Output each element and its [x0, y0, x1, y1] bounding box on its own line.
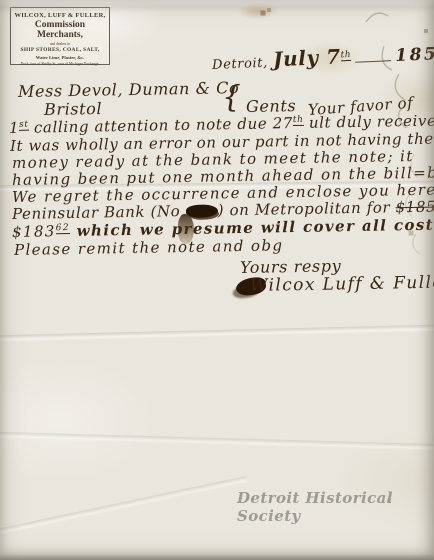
body-line-1-num: 1 [9, 119, 19, 137]
watermark: Detroit Historical Society [237, 489, 434, 525]
recipient-line: Mess Devol, Duman & Co [18, 78, 240, 101]
paper-bottom-edge [0, 554, 434, 560]
letterhead-goods-line-2: Water Lime, Plaster, &c. [11, 55, 109, 60]
signature: Wilcox Luff & Fuller [250, 272, 434, 296]
salutation: Gents [246, 96, 297, 116]
ink-blot-redacted-number [186, 204, 218, 218]
fold-crease [0, 324, 434, 342]
body-line-8: Please remit the note and obg [14, 236, 284, 259]
body-line-1-sup: st [19, 120, 29, 131]
letterhead-goods-line: SHIP STORES, COAL, SALT, [11, 47, 109, 53]
date-month-day: July 7 [272, 44, 341, 71]
letterhead-dealers-line: and dealers in [11, 42, 109, 46]
recipient-city: Bristol [44, 99, 102, 119]
date-day-suffix: th [340, 50, 351, 61]
date-year: 1857 [395, 44, 434, 66]
body-line-1-sup-2: th [293, 115, 304, 126]
pen-flourish [355, 50, 391, 63]
fold-crease [0, 476, 248, 541]
letterhead-address-line: Dock, foot of Shelby St., rear of Michig… [11, 62, 109, 66]
amount-cents: 62 [56, 223, 70, 234]
amount-dollars: $183 [12, 222, 56, 241]
address-brace: { [222, 80, 242, 115]
ink-specks [0, 0, 2, 2]
struck-amount-value: $185 [395, 198, 434, 217]
letterhead-box: WILCOX, LUFF & FULLER, Commission Mercha… [10, 7, 110, 65]
date-line: Detroit, July 7th1857 [211, 40, 434, 74]
letterhead-firm-name: WILCOX, LUFF & FULLER, [11, 12, 109, 19]
letter-photo: WILCOX, LUFF & FULLER, Commission Mercha… [0, 0, 434, 560]
fold-crease [0, 432, 434, 452]
letterhead-business-type: Commission Merchants, [11, 20, 109, 40]
date-city: Detroit, [212, 56, 268, 73]
body-line-1-text-2: ult duly received. [303, 111, 434, 132]
struck-amount: $18500 [395, 197, 434, 216]
